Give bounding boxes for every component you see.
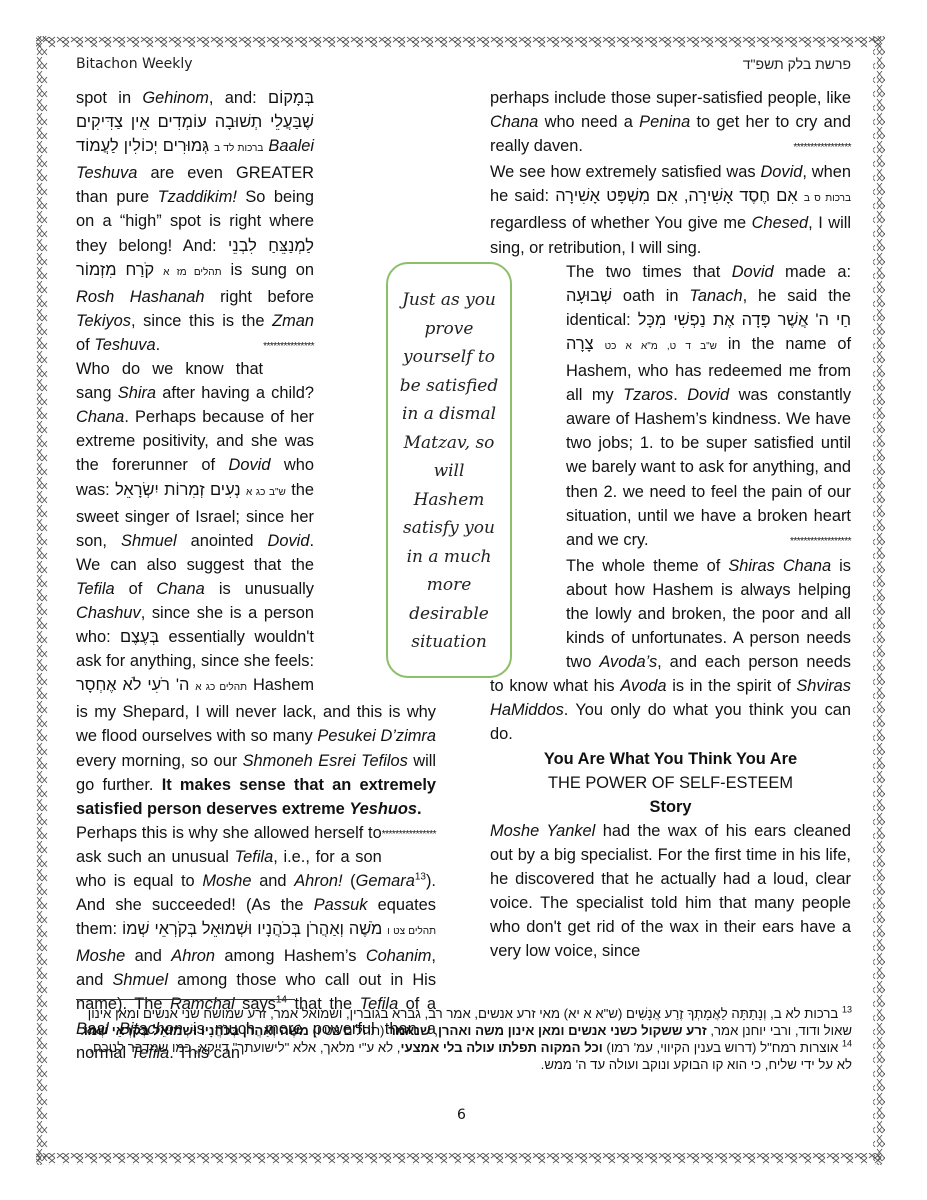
source-citation: ברכות לד ב [214,143,263,154]
hebrew-quote: אִם חֶסֶד אָשִׁירָה, אִם מִשְׁפָּט אָשִׁ… [555,187,797,205]
paragraph: We see how extremely satisfied was Dovid… [490,160,851,259]
hebrew-quote: בְּעֶצֶם [120,628,159,646]
section-divider-stars: ****************** [790,528,851,554]
footnote-separator [76,999,295,1000]
section-divider-stars: ***************** [793,134,851,160]
section-divider-stars: **************** [382,821,436,847]
source-citation: תהלים מז א [163,267,221,278]
footnote-ref-13[interactable]: 13 [415,872,426,883]
source-citation: ש"ב כג א [246,487,286,498]
publication-title: Bitachon Weekly [76,56,193,72]
hebrew-quote: נְעִים זְמִרוֹת יִשְׂרָאֵל [115,481,241,499]
footnote-13: 13 ברכות לא ב, וְנָתַתָּה לַאֲמָתְךָ זֶר… [76,1005,852,1039]
hebrew-quote: מֹשֶׁה וְאַהֲרֹן בְּכֹהֲנָיו וּשְׁמוּאֵל… [122,920,382,938]
source-citation: תהלים כג א [195,682,247,693]
paragraph: Moshe Yankel had the wax of his ears cle… [490,819,851,964]
section-divider-stars: *************** [263,333,314,359]
hebrew-quote: ה' רֹעִי לֹא אֶחְסָר [76,676,189,694]
section-heading: You Are What You Think You Are [490,747,851,771]
hebrew-quote: שְׁבוּעָה [566,287,612,305]
section-subheading: THE POWER OF SELF-ESTEEM [490,771,851,795]
parsha-title: פרשת בלק תשפ"ד [743,56,851,72]
footnotes: 13 ברכות לא ב, וְנָתַתָּה לַאֲמָתְךָ זֶר… [76,1005,852,1073]
story-heading: Story [490,795,851,819]
source-citation: ברכות ס ב [804,193,851,204]
page-number: 6 [457,1107,466,1123]
footnote-14: 14 אוצרות רמח"ל (דרוש בענין הקיווי, עמ' … [76,1039,852,1073]
pullquote-spacer [490,260,560,656]
right-column: perhaps include those super-satisfied pe… [490,86,851,963]
source-citation: תהלים צט ו [387,926,436,937]
source-citation: ש"ב ד ט, מ"א א כט [605,341,717,352]
paragraph: perhaps include those super-satisfied pe… [490,86,851,158]
left-column: spot in Gehinom, and: בְּמָקוֹם שֶׁבַּעֲ… [76,86,436,1065]
